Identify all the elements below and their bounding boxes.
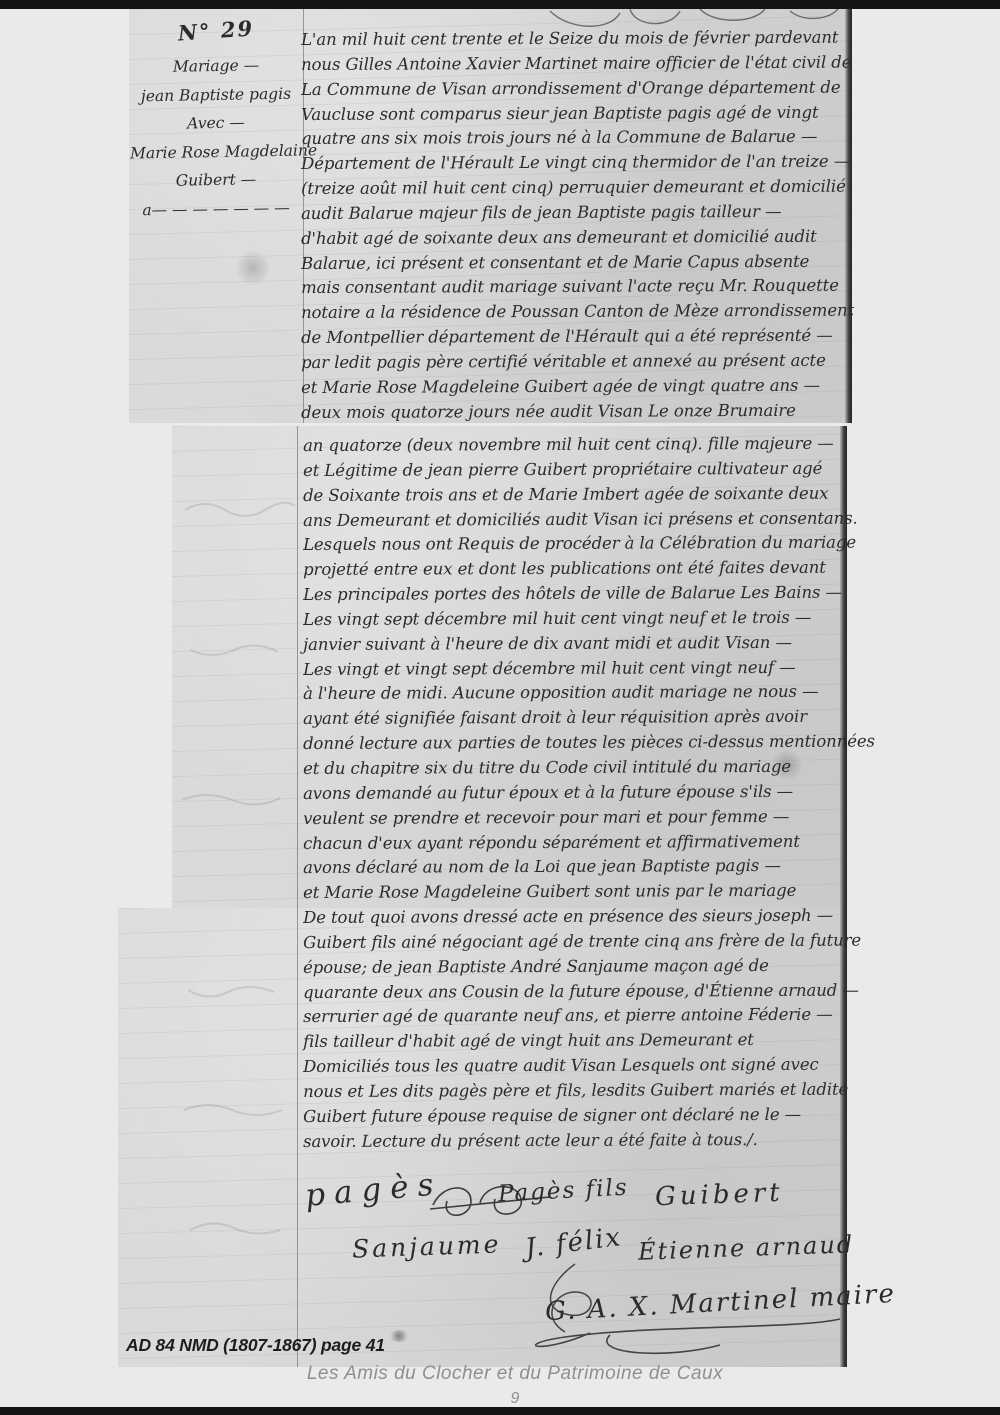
margin-note-line: jean Baptiste pagis: [130, 79, 302, 110]
act-text-line: avons demandé au futur époux et à la fut…: [303, 779, 859, 806]
act-text-line: La Commune de Visan arrondissement d'Ora…: [301, 75, 857, 102]
act-text-line: et du chapitre six du titre du Code civi…: [303, 755, 859, 782]
margin-note-line: Avec —: [130, 108, 302, 139]
act-text-line: audit Balarue majeur fils de jean Baptis…: [301, 199, 857, 226]
act-text-line: De tout quoi avons dressé acte en présen…: [303, 904, 859, 931]
act-text-line: par ledit pagis père certifié véritable …: [301, 349, 857, 376]
act-text-line: Les vingt et vingt sept décembre mil hui…: [303, 655, 859, 682]
act-text-line: de Soixante trois ans et de Marie Imbert…: [303, 481, 859, 508]
act-text-line: nous et Les dits pagès père et fils, les…: [303, 1078, 859, 1105]
act-text-line: d'habit agé de soixante deux ans demeura…: [301, 224, 857, 251]
act-text-line: (treize août mil huit cent cinq) perruqu…: [301, 175, 857, 202]
margin-note-line: Marie Rose Magdelaine: [130, 136, 302, 167]
margin-note-line: Mariage —: [130, 51, 302, 82]
signature-sanjaume: Sanjaume: [352, 1229, 502, 1263]
act-text-line: serrurier agé de quarante neuf ans, et p…: [303, 1003, 859, 1030]
act-text-part1: L'an mil huit cent trente et le Seize du…: [301, 28, 857, 426]
scan-bottom-bar: [0, 1407, 1000, 1415]
scan-top-bar: [0, 0, 1000, 9]
margin-note-line: a— — — — — — —: [130, 193, 302, 224]
act-text-line: an quatorze (deux novembre mil huit cent…: [303, 432, 859, 459]
footer-credit: Les Amis du Clocher et du Patrimoine de …: [30, 1363, 1000, 1385]
act-text-line: et Légitime de jean pierre Guibert propr…: [303, 456, 859, 483]
margin-note-lines: Mariage —jean Baptiste pagisAvec —Marie …: [130, 52, 302, 223]
act-number: N° 29: [129, 12, 302, 49]
act-text-line: mais consentant audit mariage suivant l'…: [301, 274, 857, 301]
act-text-line: janvier suivant à l'heure de dix avant m…: [303, 630, 859, 657]
act-text-line: nous Gilles Antoine Xavier Martinet mair…: [301, 50, 857, 77]
act-text-line: Guibert future épouse requise de signer …: [303, 1102, 859, 1129]
act-text-line: donné lecture aux parties de toutes les …: [303, 730, 859, 757]
act-text-line: Vaucluse sont comparus sieur jean Baptis…: [301, 100, 857, 127]
act-text-line: quarante deux ans Cousin de la future ép…: [303, 978, 859, 1005]
margin-note-line: Guibert —: [130, 165, 302, 196]
scanned-marriage-record-page: N° 29 Mariage —jean Baptiste pagisAvec —…: [0, 0, 1000, 1415]
act-text-line: avons déclaré au nom de la Loi que jean …: [303, 854, 859, 881]
act-text-line: et Marie Rose Magdeleine Guibert sont un…: [303, 879, 859, 906]
act-text-line: fils tailleur d'habit agé de vingt huit …: [303, 1028, 859, 1055]
act-text-line: à l'heure de midi. Aucune opposition aud…: [303, 680, 859, 707]
act-text-line: Les vingt sept décembre mil huit cent vi…: [303, 605, 859, 632]
act-text-line: Balarue, ici présent et consentant et de…: [301, 249, 857, 276]
footer-page-number: 9: [30, 1390, 1000, 1408]
act-text-line: savoir. Lecture du présent acte leur a é…: [303, 1127, 859, 1154]
act-text-line: Département de l'Hérault Le vingt cinq t…: [301, 150, 857, 177]
act-text-line: et Marie Rose Magdeleine Guibert agée de…: [301, 373, 857, 400]
act-text-line: L'an mil huit cent trente et le Seize du…: [301, 26, 857, 53]
act-text-part2: an quatorze (deux novembre mil huit cent…: [303, 434, 859, 1154]
act-text-line: notaire a la résidence de Poussan Canton…: [301, 299, 857, 326]
margin-note: N° 29 Mariage —jean Baptiste pagisAvec —…: [130, 18, 302, 223]
act-text-line: Guibert fils ainé négociant agé de trent…: [303, 928, 859, 955]
act-text-line: ans Demeurant et domiciliés audit Visan …: [303, 506, 859, 533]
act-text-line: projetté entre eux et dont les publicati…: [303, 556, 859, 583]
act-text-line: veulent se prendre et recevoir pour mari…: [303, 804, 859, 831]
act-text-line: épouse; de jean Baptiste André Sanjaume …: [303, 953, 859, 980]
act-text-line: de Montpellier département de l'Hérault …: [301, 324, 857, 351]
act-text-line: chacun d'eux ayant répondu séparément et…: [303, 829, 859, 856]
act-text-line: quatre ans six mois trois jours né à la …: [301, 125, 857, 152]
act-text-line: Les principales portes des hôtels de vil…: [303, 581, 859, 608]
page-fold-line-bottom: [297, 426, 298, 1367]
archive-reference-label: AD 84 NMD (1807-1867) page 41: [126, 1335, 385, 1356]
signature-guibert: Guibert: [655, 1178, 785, 1212]
act-text-line: deux mois quatorze jours née audit Visan…: [301, 398, 857, 425]
act-text-line: Lesquels nous ont Requis de procéder à l…: [303, 531, 859, 558]
act-text-line: Domiciliés tous les quatre audit Visan L…: [303, 1053, 859, 1080]
act-text-line: ayant été signifiée faisant droit à leur…: [303, 705, 859, 732]
